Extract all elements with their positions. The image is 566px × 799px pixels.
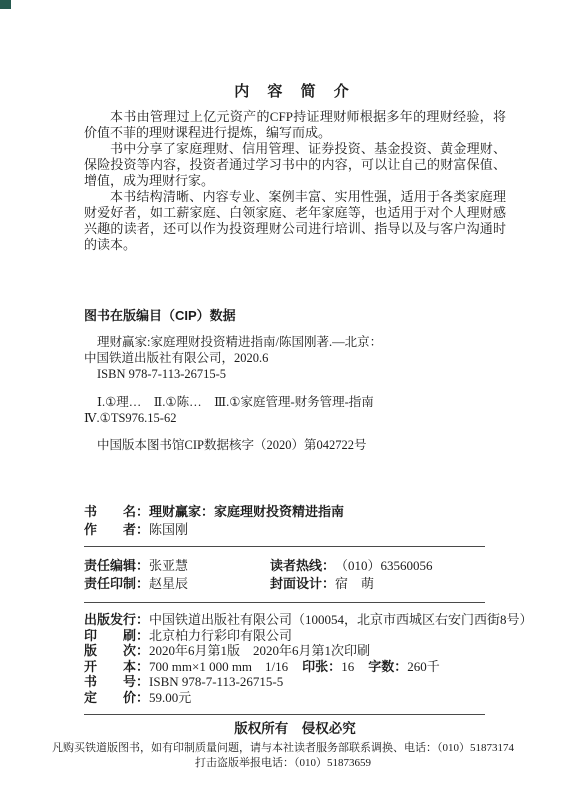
- cover-design-cell: 封面设计： 宿 萌: [270, 575, 374, 593]
- publisher-value: 中国铁道出版社有限公司（100054，北京市西城区右安门西街8号）: [149, 612, 533, 628]
- print-supervisor-label: 责任印制：: [84, 575, 149, 593]
- copyright-notice: 版权所有 侵权必究: [84, 721, 506, 737]
- cip-record-line: 中国版本图书馆CIP数据核字（2020）第042722号: [84, 437, 506, 453]
- isbn-label: 书 号：: [84, 674, 149, 690]
- piracy-hotline-note: 打击盗版举报电话：（010）51873659: [0, 756, 566, 771]
- staff-row-1: 责任编辑： 张亚慧 读者热线： （010）63560056: [84, 557, 506, 575]
- cip-isbn-line: ISBN 978-7-113-26715-5: [84, 366, 506, 382]
- cip-publisher-line: 中国铁道出版社有限公司，2020.6: [84, 350, 506, 366]
- intro-title: 内 容 简 介: [84, 80, 506, 101]
- format-label: 开 本：: [84, 659, 149, 675]
- book-author-label: 作 者：: [84, 521, 149, 539]
- sheets-value: 16: [341, 659, 354, 675]
- isbn-row: 书 号： ISBN 978-7-113-26715-5: [84, 674, 506, 690]
- cover-design-value: 宿 萌: [335, 575, 374, 593]
- cip-section: 图书在版编目（CIP）数据 理财赢家:家庭理财投资精进指南/陈国刚著.—北京： …: [84, 305, 506, 453]
- hotline-cell: 读者热线： （010）63560056: [270, 557, 433, 575]
- hotline-label: 读者热线：: [270, 557, 335, 575]
- hotline-value: （010）63560056: [335, 557, 433, 575]
- print-supervisor-cell: 责任印制： 赵星辰: [84, 575, 270, 593]
- publisher-row: 出版发行： 中国铁道出版社有限公司（100054，北京市西城区右安门西街8号）: [84, 612, 506, 628]
- intro-paragraph-3: 本书结构清晰、内容专业、案例丰富、实用性强，适用于各类家庭理财爱好者，如工薪家庭…: [84, 189, 506, 253]
- staff-section: 责任编辑： 张亚慧 读者热线： （010）63560056 责任印制： 赵星辰 …: [84, 557, 506, 593]
- intro-paragraph-2: 书中分享了家庭理财、信用管理、证券投资、基金投资、黄金理财、保险投资等内容，投资…: [84, 141, 506, 189]
- price-value: 59.00元: [149, 690, 191, 706]
- intro-section: 内 容 简 介 本书由管理过上亿元资产的CFP持证理财师根据多年的理财经验，将价…: [84, 80, 506, 253]
- publisher-label: 出版发行：: [84, 612, 149, 628]
- divider-rule-1: [84, 546, 485, 547]
- words-label: 字数：: [368, 659, 407, 675]
- isbn-value: ISBN 978-7-113-26715-5: [149, 674, 283, 690]
- printer-row: 印 刷： 北京柏力行彩印有限公司: [84, 628, 506, 644]
- print-supervisor-value: 赵星辰: [149, 575, 188, 593]
- book-author-value: 陈国刚: [149, 521, 188, 539]
- format-row: 开 本： 700 mm×1 000 mm 1/16 印张： 16 字数： 260…: [84, 659, 506, 675]
- cip-title-line: 理财赢家:家庭理财投资精进指南/陈国刚著.—北京：: [84, 334, 506, 350]
- staff-row-2: 责任印制： 赵星辰 封面设计： 宿 萌: [84, 575, 506, 593]
- book-author-row: 作 者： 陈国刚: [84, 521, 506, 539]
- editor-label: 责任编辑：: [84, 557, 149, 575]
- book-title-value: 理财赢家：家庭理财投资精进指南: [149, 503, 344, 521]
- intro-paragraph-1: 本书由管理过上亿元资产的CFP持证理财师根据多年的理财经验，将价值不菲的理财课程…: [84, 109, 506, 141]
- editor-value: 张亚慧: [149, 557, 188, 575]
- sheets-label: 印张：: [302, 659, 341, 675]
- words-value: 260千: [407, 659, 440, 675]
- format-value: 700 mm×1 000 mm 1/16: [149, 659, 288, 675]
- book-title-label: 书 名：: [84, 503, 149, 521]
- printer-value: 北京柏力行彩印有限公司: [149, 628, 292, 644]
- price-row: 定 价： 59.00元: [84, 690, 506, 706]
- price-label: 定 价：: [84, 690, 149, 706]
- divider-rule-3: [84, 714, 485, 715]
- printer-label: 印 刷：: [84, 628, 149, 644]
- edition-row: 版 次： 2020年6月第1版 2020年6月第1次印刷: [84, 643, 506, 659]
- cip-classification-line-2: Ⅳ.①TS976.15-62: [84, 410, 506, 426]
- book-title-row: 书 名： 理财赢家：家庭理财投资精进指南: [84, 503, 506, 521]
- edition-value: 2020年6月第1版 2020年6月第1次印刷: [149, 643, 370, 659]
- publication-section: 出版发行： 中国铁道出版社有限公司（100054，北京市西城区右安门西街8号） …: [84, 612, 506, 705]
- cover-design-label: 封面设计：: [270, 575, 335, 593]
- corner-mark: [0, 0, 11, 9]
- cip-classification-line-1: Ⅰ.①理… Ⅱ.①陈… Ⅲ.①家庭管理-财务管理-指南: [84, 394, 506, 410]
- footer-notes: 凡购买铁道版图书，如有印制质量问题，请与本社读者服务部联系调换、电话：（010）…: [0, 741, 566, 771]
- edition-label: 版 次：: [84, 643, 149, 659]
- copyright-page: 内 容 简 介 本书由管理过上亿元资产的CFP持证理财师根据多年的理财经验，将价…: [0, 0, 566, 799]
- book-info-section: 书 名： 理财赢家：家庭理财投资精进指南 作 者： 陈国刚: [84, 503, 506, 539]
- editor-cell: 责任编辑： 张亚慧: [84, 557, 270, 575]
- cip-heading: 图书在版编目（CIP）数据: [84, 305, 506, 324]
- divider-rule-2: [84, 602, 485, 603]
- quality-note: 凡购买铁道版图书，如有印制质量问题，请与本社读者服务部联系调换、电话：（010）…: [0, 741, 566, 756]
- page-content: 内 容 简 介 本书由管理过上亿元资产的CFP持证理财师根据多年的理财经验，将价…: [0, 0, 566, 737]
